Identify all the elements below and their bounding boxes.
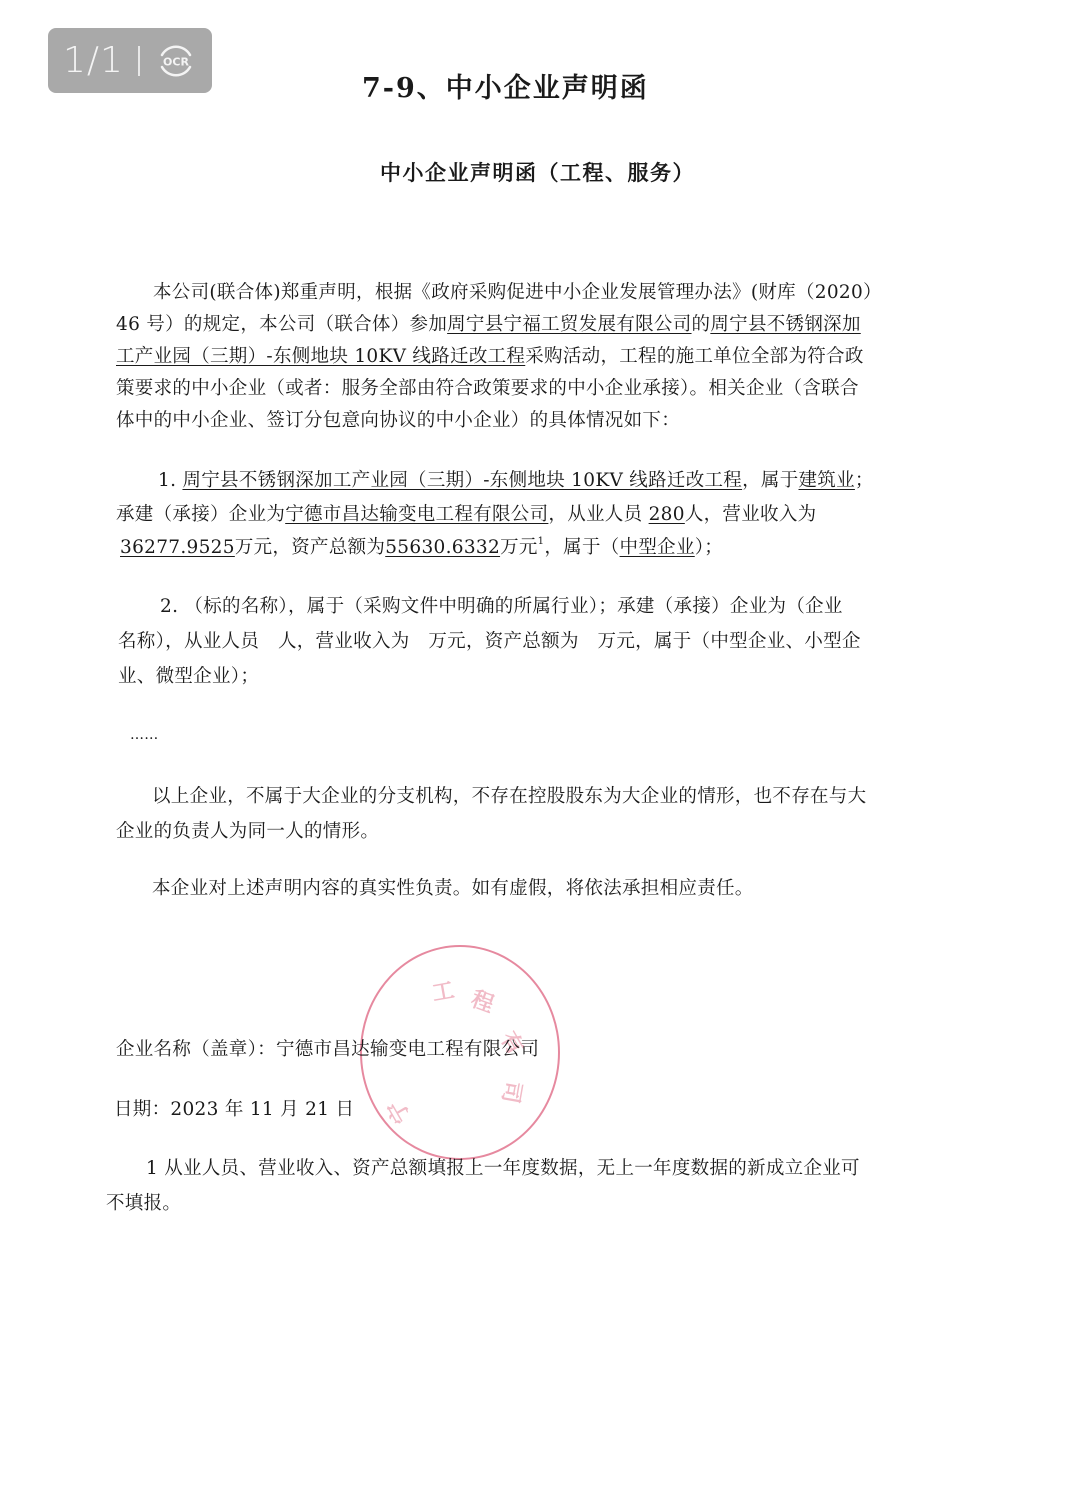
item1-category: 中型企业 [620, 537, 695, 558]
document-title: 7-9、中小企业声明函 [362, 66, 649, 105]
item1-line-1: 1. 周宁县不锈钢深加工产业园（三期）-东侧地块 10KV 线路迁改工程，属于建… [158, 472, 874, 491]
signature-company-line: 企业名称（盖章）：宁德市昌达输变电工程有限公司 [116, 1041, 539, 1060]
statement-line-2: 企业的负责人为同一人的情形。 [116, 823, 379, 842]
item-text: ，属于 [742, 470, 798, 491]
svg-text:OCR: OCR [163, 55, 189, 68]
item-number: 1. [158, 470, 176, 491]
footnote-line-1: 1 从业人员、营业收入、资产总额填报上一年度数据，无上一年度数据的新成立企业可 [146, 1160, 860, 1179]
intro-line-5: 体中的中小企业、签订分包意向协议的中小企业）的具体情况如下： [116, 412, 680, 431]
date-value: 2023 年 11 月 21 日 [170, 1099, 354, 1120]
item2-line-3: 业、微型企业）； [118, 668, 259, 687]
item-text: 承建（承接）企业为 [116, 504, 285, 525]
item1-project: 周宁县不锈钢深加工产业园（三期）-东侧地块 10KV 线路迁改工程 [182, 470, 742, 491]
document-subtitle: 中小企业声明函（工程、服务） [380, 157, 695, 187]
item-text: ，属于（ [544, 537, 619, 558]
intro-text: 采购活动，工程的施工单位全部为符合政 [525, 346, 863, 367]
footnote-ref: 1 [538, 536, 545, 547]
item1-assets: 55630.6332 [385, 537, 500, 558]
intro-line-3: 工产业园（三期）-东侧地块 10KV 线路迁改工程采购活动，工程的施工单位全部为… [116, 348, 864, 367]
item1-revenue: 36277.9525 [120, 537, 235, 558]
stamp-glyph: 工 [429, 973, 456, 1007]
intro-text: 46 号）的规定，本公司（联合体）参加 [116, 314, 447, 335]
page-counter-badge: 1/1 OCR [48, 28, 212, 93]
project-name-part2: 工产业园（三期）-东侧地块 10KV 线路迁改工程 [116, 346, 525, 367]
signature-date-line: 日期：2023 年 11 月 21 日 [114, 1101, 354, 1120]
responsibility-statement: 本企业对上述声明内容的真实性负责。如有虚假，将依法承担相应责任。 [152, 880, 754, 899]
item-text: ； [855, 470, 874, 491]
item-text: ）； [695, 537, 723, 558]
intro-line-4: 策要求的中小企业（或者：服务全部由符合政策要求的中小企业承接）。相关企业（含联合 [116, 380, 859, 399]
date-label: 日期： [114, 1099, 170, 1120]
statement-line-1: 以上企业，不属于大企业的分支机构，不存在控股股东为大企业的情形，也不存在与大 [152, 788, 866, 807]
intro-text: 的 [692, 314, 711, 335]
item2-line-1: 2. （标的名称），属于（采购文件中明确的所属行业）；承建（承接）企业为（企业 [160, 598, 843, 617]
footnote-line-2: 不填报。 [106, 1195, 181, 1214]
stamp-glyph: 司 [496, 1079, 530, 1106]
intro-line-2: 46 号）的规定，本公司（联合体）参加周宁县宁福工贸发展有限公司的周宁县不锈钢深… [116, 316, 861, 335]
item2-line-2: 名称），从业人员 人，营业收入为 万元，资产总额为 万元，属于（中型企业、小型企 [118, 633, 861, 652]
item1-contractor: 宁德市昌达输变电工程有限公司 [285, 504, 548, 525]
purchaser-name: 周宁县宁福工贸发展有限公司 [447, 314, 691, 335]
item1-employees: 280 [649, 504, 685, 525]
item1-industry: 建筑业 [799, 470, 855, 491]
page-counter-text: 1/1 [63, 40, 124, 81]
intro-line-1: 本公司(联合体)郑重声明，根据《政府采购促进中小企业发展管理办法》(财库（202… [153, 284, 882, 303]
divider [138, 46, 140, 76]
stamp-glyph: 宁 [379, 1095, 417, 1130]
ocr-button[interactable]: OCR [154, 39, 198, 83]
company-label: 企业名称（盖章）： [116, 1039, 276, 1060]
item-text: 万元 [500, 537, 538, 558]
ellipsis: …… [130, 728, 159, 742]
stamp-glyph: 程 [467, 982, 498, 1019]
project-name-part1: 周宁县不锈钢深加 [710, 314, 860, 335]
item1-line-3: 36277.9525万元，资产总额为55630.6332万元1，属于（中型企业）… [120, 539, 723, 558]
item-text: ，从业人员 [548, 504, 642, 525]
item-text: 万元，资产总额为 [235, 537, 385, 558]
ocr-icon: OCR [154, 39, 198, 83]
item1-line-2: 承建（承接）企业为宁德市昌达输变电工程有限公司，从业人员 280人，营业收入为 [116, 506, 816, 525]
item-text: 人，营业收入为 [685, 504, 817, 525]
company-name: 宁德市昌达输变电工程有限公司 [276, 1039, 539, 1060]
